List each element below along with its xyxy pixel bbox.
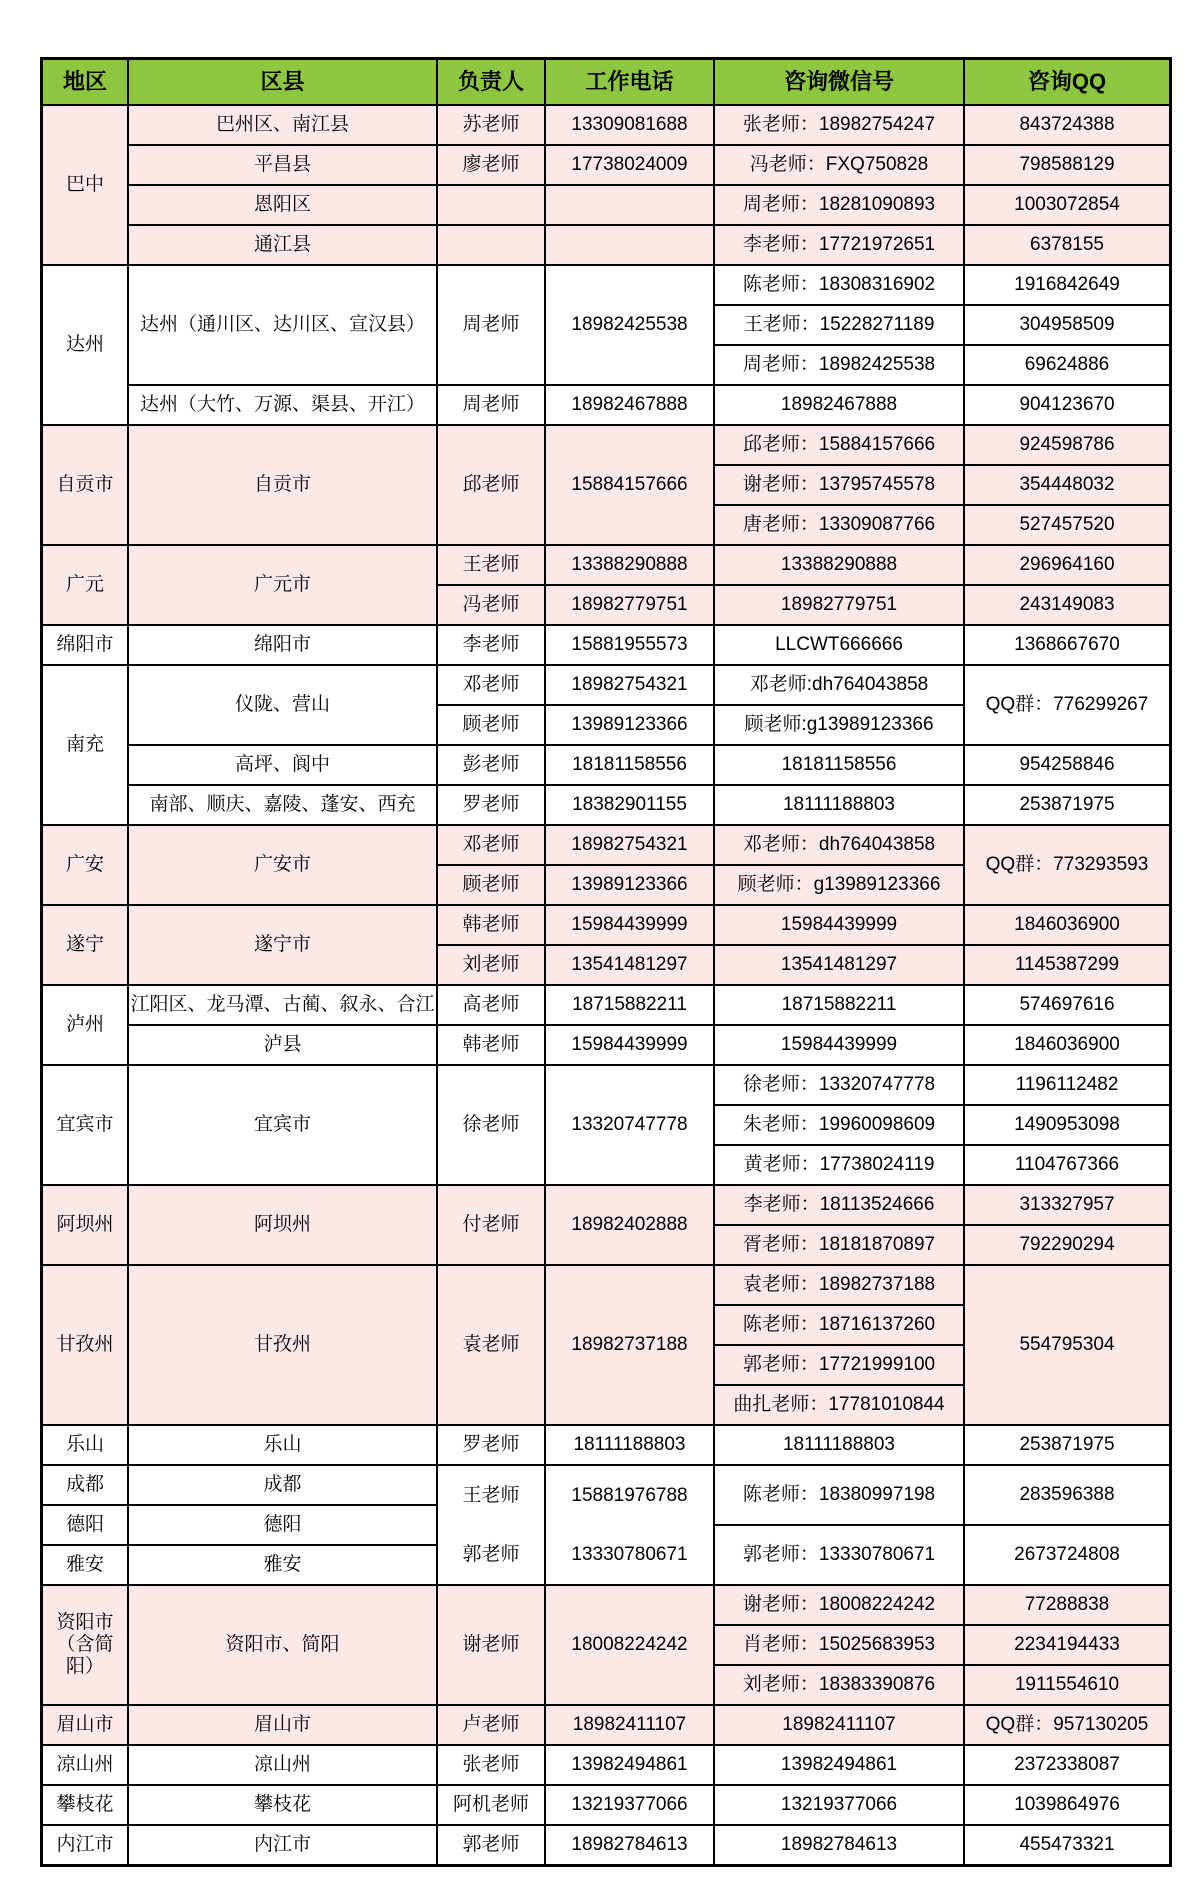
table-cell: 冯老师 [438, 586, 544, 624]
table-cell: 徐老师：13320747778 [715, 1066, 963, 1104]
table-cell: 18715882211 [546, 986, 713, 1024]
table-cell: 13320747778 [546, 1066, 713, 1184]
table-cell: 455473321 [965, 1826, 1169, 1864]
table-cell: 陈老师：18380997198 [715, 1466, 963, 1524]
table-cell: 刘老师 [438, 946, 544, 984]
table-cell: 1916842649 [965, 266, 1169, 304]
table-cell: 243149083 [965, 586, 1169, 624]
table-cell [438, 226, 544, 264]
table-cell: 乐山 [129, 1426, 436, 1464]
table-cell: 谢老师 [438, 1586, 544, 1704]
table-cell: 1196112482 [965, 1066, 1169, 1104]
table-cell: 高老师 [438, 986, 544, 1024]
table-cell: 乐山 [43, 1426, 127, 1464]
table-cell: 554795304 [965, 1266, 1169, 1424]
table-cell: 绵阳市 [43, 626, 127, 664]
table-cell: 1846036900 [965, 906, 1169, 944]
table-cell: 冯老师：FXQ750828 [715, 146, 963, 184]
table-cell: 自贡市 [43, 426, 127, 544]
table-cell: 1490953098 [965, 1106, 1169, 1144]
table-cell: 253871975 [965, 1426, 1169, 1464]
table-cell: 574697616 [965, 986, 1169, 1024]
table-cell: 1846036900 [965, 1026, 1169, 1064]
table-cell: 924598786 [965, 426, 1169, 464]
table-cell: 1104767366 [965, 1146, 1169, 1184]
table-cell: 王老师郭老师 [438, 1466, 544, 1584]
table-cell: 宜宾市 [43, 1066, 127, 1184]
table-cell: 遂宁市 [129, 906, 436, 984]
table-cell: 18982737188 [546, 1266, 713, 1424]
table-cell: 18982411107 [546, 1706, 713, 1744]
table-cell: QQ群：957130205 [965, 1706, 1169, 1744]
table-cell: 仪陇、营山 [129, 666, 436, 744]
table-cell: 周老师 [438, 386, 544, 424]
table-cell: 17738024009 [546, 146, 713, 184]
table-cell: 18982784613 [546, 1826, 713, 1864]
table-cell: 黄老师：17738024119 [715, 1146, 963, 1184]
table-cell: 18982784613 [715, 1826, 963, 1864]
table-cell: 袁老师 [438, 1266, 544, 1424]
table-cell-line: 王老师 [462, 1485, 519, 1507]
table-cell: 郭老师：13330780671 [715, 1526, 963, 1584]
table-cell: 18111188803 [546, 1426, 713, 1464]
table-cell: 王老师：15228271189 [715, 306, 963, 344]
table-cell: 高坪、阆中 [129, 746, 436, 784]
table-cell: 雅安 [129, 1546, 436, 1584]
table-cell: 付老师 [438, 1186, 544, 1264]
table-cell: 通江县 [129, 226, 436, 264]
table-cell: 胥老师：18181870897 [715, 1226, 963, 1264]
table-cell: 13989123366 [546, 866, 713, 904]
table-cell: 18111188803 [715, 786, 963, 824]
table-cell: 18982467888 [546, 386, 713, 424]
table-cell: 15884157666 [546, 426, 713, 544]
table-cell: 凉山州 [129, 1746, 436, 1784]
table-cell: 13541481297 [546, 946, 713, 984]
table-cell: 周老师 [438, 266, 544, 384]
table-cell: 15984439999 [546, 1026, 713, 1064]
table-cell: 广元 [43, 546, 127, 624]
table-cell: 郭老师 [438, 1826, 544, 1864]
table-cell-line: 15881976788 [571, 1485, 687, 1507]
table-cell: 15984439999 [546, 906, 713, 944]
table-cell: 1588197678813330780671 [546, 1466, 713, 1584]
table-cell: 罗老师 [438, 786, 544, 824]
table-cell: 13219377066 [715, 1786, 963, 1824]
table-cell: 354448032 [965, 466, 1169, 504]
table-cell: 18008224242 [546, 1586, 713, 1704]
header-cell-5: 咨询微信号 [715, 60, 963, 104]
table-cell: 唐老师：13309087766 [715, 506, 963, 544]
table-cell: 18982425538 [546, 266, 713, 384]
table-cell: 陈老师：18308316902 [715, 266, 963, 304]
table-cell: 18982754321 [546, 826, 713, 864]
table-cell: 平昌县 [129, 146, 436, 184]
table-cell: 18982779751 [546, 586, 713, 624]
table-cell: 顾老师：g13989123366 [715, 866, 963, 904]
table-cell: 资阳市（含简阳） [43, 1586, 127, 1704]
table-cell: 广安市 [129, 826, 436, 904]
table-cell: 周老师：18281090893 [715, 186, 963, 224]
table-cell: 69624886 [965, 346, 1169, 384]
table-cell: 296964160 [965, 546, 1169, 584]
table-cell: 成都 [43, 1466, 127, 1504]
table-cell: 邓老师 [438, 666, 544, 704]
table-cell: 肖老师：15025683953 [715, 1626, 963, 1664]
table-cell: 自贡市 [129, 426, 436, 544]
table-cell: 283596388 [965, 1466, 1169, 1524]
table-cell: 18982402888 [546, 1186, 713, 1264]
table-cell: 2673724808 [965, 1526, 1169, 1584]
table-cell [546, 226, 713, 264]
table-cell: 廖老师 [438, 146, 544, 184]
table-cell: 18382901155 [546, 786, 713, 824]
table-cell: 18111188803 [715, 1426, 963, 1464]
table-cell: QQ群：776299267 [965, 666, 1169, 744]
table-cell: 郭老师：17721999100 [715, 1346, 963, 1384]
table-cell: 304958509 [965, 306, 1169, 344]
table-cell: 攀枝花 [43, 1786, 127, 1824]
table-cell: 内江市 [43, 1826, 127, 1864]
table-cell: 宜宾市 [129, 1066, 436, 1184]
table-cell: 13309081688 [546, 106, 713, 144]
table-cell: 843724388 [965, 106, 1169, 144]
table-cell: 2372338087 [965, 1746, 1169, 1784]
table-cell: 甘孜州 [43, 1266, 127, 1424]
table-cell: 谢老师：18008224242 [715, 1586, 963, 1624]
table-cell: 卢老师 [438, 1706, 544, 1744]
table-cell: 顾老师 [438, 866, 544, 904]
table-cell: 眉山市 [129, 1706, 436, 1744]
table-cell: 邓老师:dh764043858 [715, 666, 963, 704]
table-cell: 内江市 [129, 1826, 436, 1864]
table-cell: 彭老师 [438, 746, 544, 784]
table-cell: 资阳市、简阳 [129, 1586, 436, 1704]
table-cell: 甘孜州 [129, 1266, 436, 1424]
table-cell: 徐老师 [438, 1066, 544, 1184]
table-cell: 成都 [129, 1466, 436, 1504]
table-cell: 李老师 [438, 626, 544, 664]
table-cell: 绵阳市 [129, 626, 436, 664]
header-cell-1: 地区 [43, 60, 127, 104]
table-cell: 6378155 [965, 226, 1169, 264]
table-cell: 韩老师 [438, 1026, 544, 1064]
table-cell: 韩老师 [438, 906, 544, 944]
table-cell: 陈老师：18716137260 [715, 1306, 963, 1344]
table-cell: 雅安 [43, 1546, 127, 1584]
table-cell: 792290294 [965, 1226, 1169, 1264]
table-cell: 泸县 [129, 1026, 436, 1064]
table-cell: 15984439999 [715, 1026, 963, 1064]
header-cell-3: 负责人 [438, 60, 544, 104]
table-cell: 达州 [43, 266, 127, 424]
table-cell-line: 郭老师 [462, 1544, 519, 1566]
table-cell: 苏老师 [438, 106, 544, 144]
table-cell: 广安 [43, 826, 127, 904]
header-cell-2: 区县 [129, 60, 436, 104]
table-cell: 邓老师：dh764043858 [715, 826, 963, 864]
table-cell-line: 13330780671 [571, 1544, 687, 1566]
contact-table: 地区区县负责人工作电话咨询微信号咨询QQ巴中巴州区、南江县苏老师13309081… [40, 57, 1172, 1867]
table-cell: 张老师：18982754247 [715, 106, 963, 144]
table-cell: 攀枝花 [129, 1786, 436, 1824]
table-cell: 18715882211 [715, 986, 963, 1024]
table-cell: 曲扎老师：17781010844 [715, 1386, 963, 1424]
contact-table-wrapper: 地区区县负责人工作电话咨询微信号咨询QQ巴中巴州区、南江县苏老师13309081… [40, 57, 1172, 1867]
table-cell: 954258846 [965, 746, 1169, 784]
table-cell: 李老师：17721972651 [715, 226, 963, 264]
table-cell: 遂宁 [43, 906, 127, 984]
table-cell: QQ群：773293593 [965, 826, 1169, 904]
table-cell: 13541481297 [715, 946, 963, 984]
table-cell: 18982411107 [715, 1706, 963, 1744]
table-cell: 张老师 [438, 1746, 544, 1784]
table-cell: 罗老师 [438, 1426, 544, 1464]
table-cell: 邱老师 [438, 426, 544, 544]
table-cell: 刘老师：18383390876 [715, 1666, 963, 1704]
table-cell: 18982779751 [715, 586, 963, 624]
header-cell-4: 工作电话 [546, 60, 713, 104]
table-cell: 13388290888 [715, 546, 963, 584]
table-cell: 13982494861 [546, 1746, 713, 1784]
table-cell: 13388290888 [546, 546, 713, 584]
table-cell: 达州（通川区、达川区、宣汉县） [129, 266, 436, 384]
table-cell: 谢老师：13795745578 [715, 466, 963, 504]
table-cell: 巴中 [43, 106, 127, 264]
table-cell: 2234194433 [965, 1626, 1169, 1664]
table-cell: 18181158556 [546, 746, 713, 784]
table-cell: 朱老师：19960098609 [715, 1106, 963, 1144]
header-cell-6: 咨询QQ [965, 60, 1169, 104]
table-cell: 阿坝州 [129, 1186, 436, 1264]
table-cell: 眉山市 [43, 1706, 127, 1744]
table-cell: 1145387299 [965, 946, 1169, 984]
table-cell: 1039864976 [965, 1786, 1169, 1824]
table-cell: 18181158556 [715, 746, 963, 784]
table-cell: 广元市 [129, 546, 436, 624]
table-cell: 袁老师：18982737188 [715, 1266, 963, 1304]
table-cell: 527457520 [965, 506, 1169, 544]
table-cell: 江阳区、龙马潭、古蔺、叙永、合江 [129, 986, 436, 1024]
table-cell: 77288838 [965, 1586, 1169, 1624]
table-cell: 阿坝州 [43, 1186, 127, 1264]
table-cell: 13219377066 [546, 1786, 713, 1824]
table-cell: 达州（大竹、万源、渠县、开江） [129, 386, 436, 424]
table-cell: 凉山州 [43, 1746, 127, 1784]
table-cell: 南充 [43, 666, 127, 824]
table-cell: 1911554610 [965, 1666, 1169, 1704]
table-cell: 邱老师：15884157666 [715, 426, 963, 464]
table-cell: 798588129 [965, 146, 1169, 184]
table-cell: 313327957 [965, 1186, 1169, 1224]
table-cell: 1368667670 [965, 626, 1169, 664]
table-cell: 1003072854 [965, 186, 1169, 224]
table-cell: 253871975 [965, 786, 1169, 824]
table-cell: 18982754321 [546, 666, 713, 704]
table-cell: 德阳 [43, 1506, 127, 1544]
table-cell: LLCWT666666 [715, 626, 963, 664]
table-cell: 周老师：18982425538 [715, 346, 963, 384]
table-cell: 泸州 [43, 986, 127, 1064]
table-cell [438, 186, 544, 224]
table-cell: 顾老师:g13989123366 [715, 706, 963, 744]
table-cell: 李老师：18113524666 [715, 1186, 963, 1224]
table-cell: 15881955573 [546, 626, 713, 664]
table-cell: 王老师 [438, 546, 544, 584]
table-cell: 恩阳区 [129, 186, 436, 224]
table-cell: 18982467888 [715, 386, 963, 424]
table-cell: 904123670 [965, 386, 1169, 424]
table-cell: 邓老师 [438, 826, 544, 864]
table-cell: 13989123366 [546, 706, 713, 744]
table-cell: 南部、顺庆、嘉陵、蓬安、西充 [129, 786, 436, 824]
table-cell: 阿机老师 [438, 1786, 544, 1824]
table-cell: 13982494861 [715, 1746, 963, 1784]
table-cell [546, 186, 713, 224]
table-cell: 15984439999 [715, 906, 963, 944]
table-cell: 德阳 [129, 1506, 436, 1544]
table-cell: 巴州区、南江县 [129, 106, 436, 144]
table-cell: 顾老师 [438, 706, 544, 744]
